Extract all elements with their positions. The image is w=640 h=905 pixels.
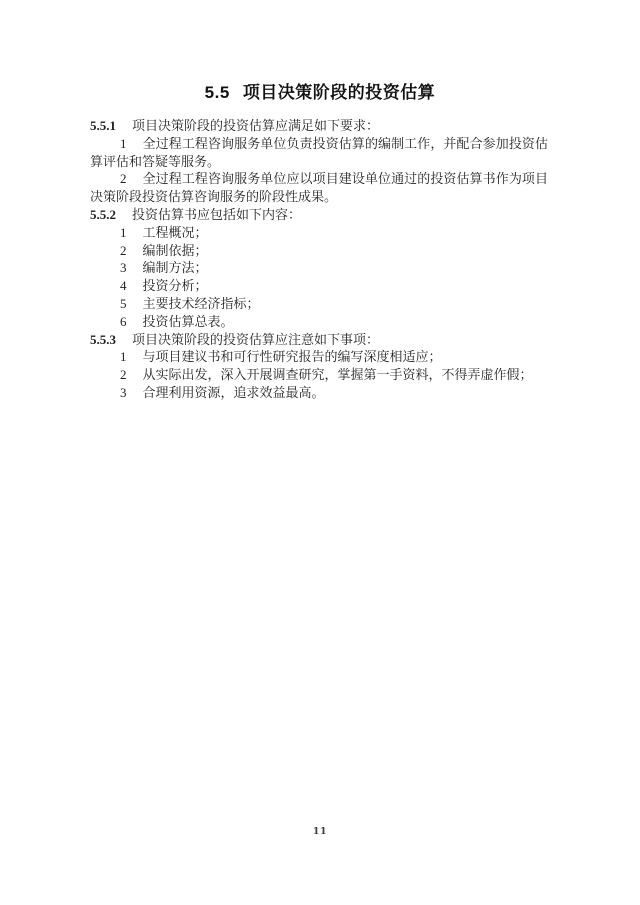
item-text: 合理利用资源，追求效益最高。 — [143, 385, 325, 400]
item-number: 2 — [120, 243, 127, 258]
clause-item: 1与项目建议书和可行性研究报告的编写深度相适应； — [90, 348, 548, 366]
clause-item: 5主要技术经济指标； — [90, 295, 548, 313]
item-number: 2 — [120, 367, 127, 382]
item-number: 5 — [120, 296, 127, 311]
clause-item: 4投资分析； — [90, 277, 548, 295]
clause-item: 2从实际出发，深入开展调查研究，掌握第一手资料，不得弄虚作假； — [90, 366, 548, 384]
clause-item: 2编制依据； — [90, 242, 548, 260]
clause-heading-text: 项目决策阶段的投资估算应注意如下事项： — [132, 332, 379, 347]
item-text: 与项目建议书和可行性研究报告的编写深度相适应； — [143, 349, 442, 364]
item-text: 全过程工程咨询服务单位负责投资估算的编制工作，并配合参加投资估算评估和答疑等服务… — [90, 136, 548, 169]
clause-item: 6投资估算总表。 — [90, 313, 548, 331]
clause-item: 3合理利用资源，追求效益最高。 — [90, 384, 548, 402]
clause-heading-text: 项目决策阶段的投资估算应满足如下要求： — [132, 118, 379, 133]
clause-heading: 5.5.1项目决策阶段的投资估算应满足如下要求： — [90, 117, 548, 135]
clause-item: 2全过程工程咨询服务单位应以项目建设单位通过的投资估算书作为项目决策阶段投资估算… — [90, 170, 548, 206]
item-text: 投资分析； — [143, 278, 208, 293]
item-number: 1 — [120, 136, 127, 151]
item-text: 主要技术经济指标； — [143, 296, 260, 311]
item-number: 2 — [120, 171, 127, 186]
item-text: 编制方法； — [143, 260, 208, 275]
item-text: 编制依据； — [143, 243, 208, 258]
item-number: 3 — [120, 260, 127, 275]
item-number: 3 — [120, 385, 127, 400]
section-title-number: 5.5 — [205, 83, 230, 102]
clause-heading: 5.5.3项目决策阶段的投资估算应注意如下事项： — [90, 331, 548, 349]
section-title: 5.5项目决策阶段的投资估算 — [0, 0, 640, 105]
document-page: 5.5项目决策阶段的投资估算 5.5.1项目决策阶段的投资估算应满足如下要求：1… — [0, 0, 640, 905]
item-number: 6 — [120, 314, 127, 329]
item-number: 4 — [120, 278, 127, 293]
item-number: 1 — [120, 349, 127, 364]
item-text: 全过程工程咨询服务单位应以项目建设单位通过的投资估算书作为项目决策阶段投资估算咨… — [90, 171, 548, 204]
clause-number: 5.5.1 — [90, 118, 116, 133]
clause-number: 5.5.3 — [90, 332, 116, 347]
page-number: 11 — [0, 826, 640, 837]
document-content: 5.5.1项目决策阶段的投资估算应满足如下要求：1全过程工程咨询服务单位负责投资… — [90, 117, 548, 402]
section-title-text: 项目决策阶段的投资估算 — [243, 83, 436, 102]
clause-item: 3编制方法； — [90, 259, 548, 277]
clause-item: 1工程概况； — [90, 224, 548, 242]
item-text: 投资估算总表。 — [143, 314, 234, 329]
item-text: 从实际出发，深入开展调查研究，掌握第一手资料，不得弄虚作假； — [143, 367, 533, 382]
clause-heading: 5.5.2投资估算书应包括如下内容： — [90, 206, 548, 224]
clause-number: 5.5.2 — [90, 207, 116, 222]
clause-heading-text: 投资估算书应包括如下内容： — [132, 207, 301, 222]
clause-item: 1全过程工程咨询服务单位负责投资估算的编制工作，并配合参加投资估算评估和答疑等服… — [90, 135, 548, 171]
item-number: 1 — [120, 225, 127, 240]
item-text: 工程概况； — [143, 225, 208, 240]
